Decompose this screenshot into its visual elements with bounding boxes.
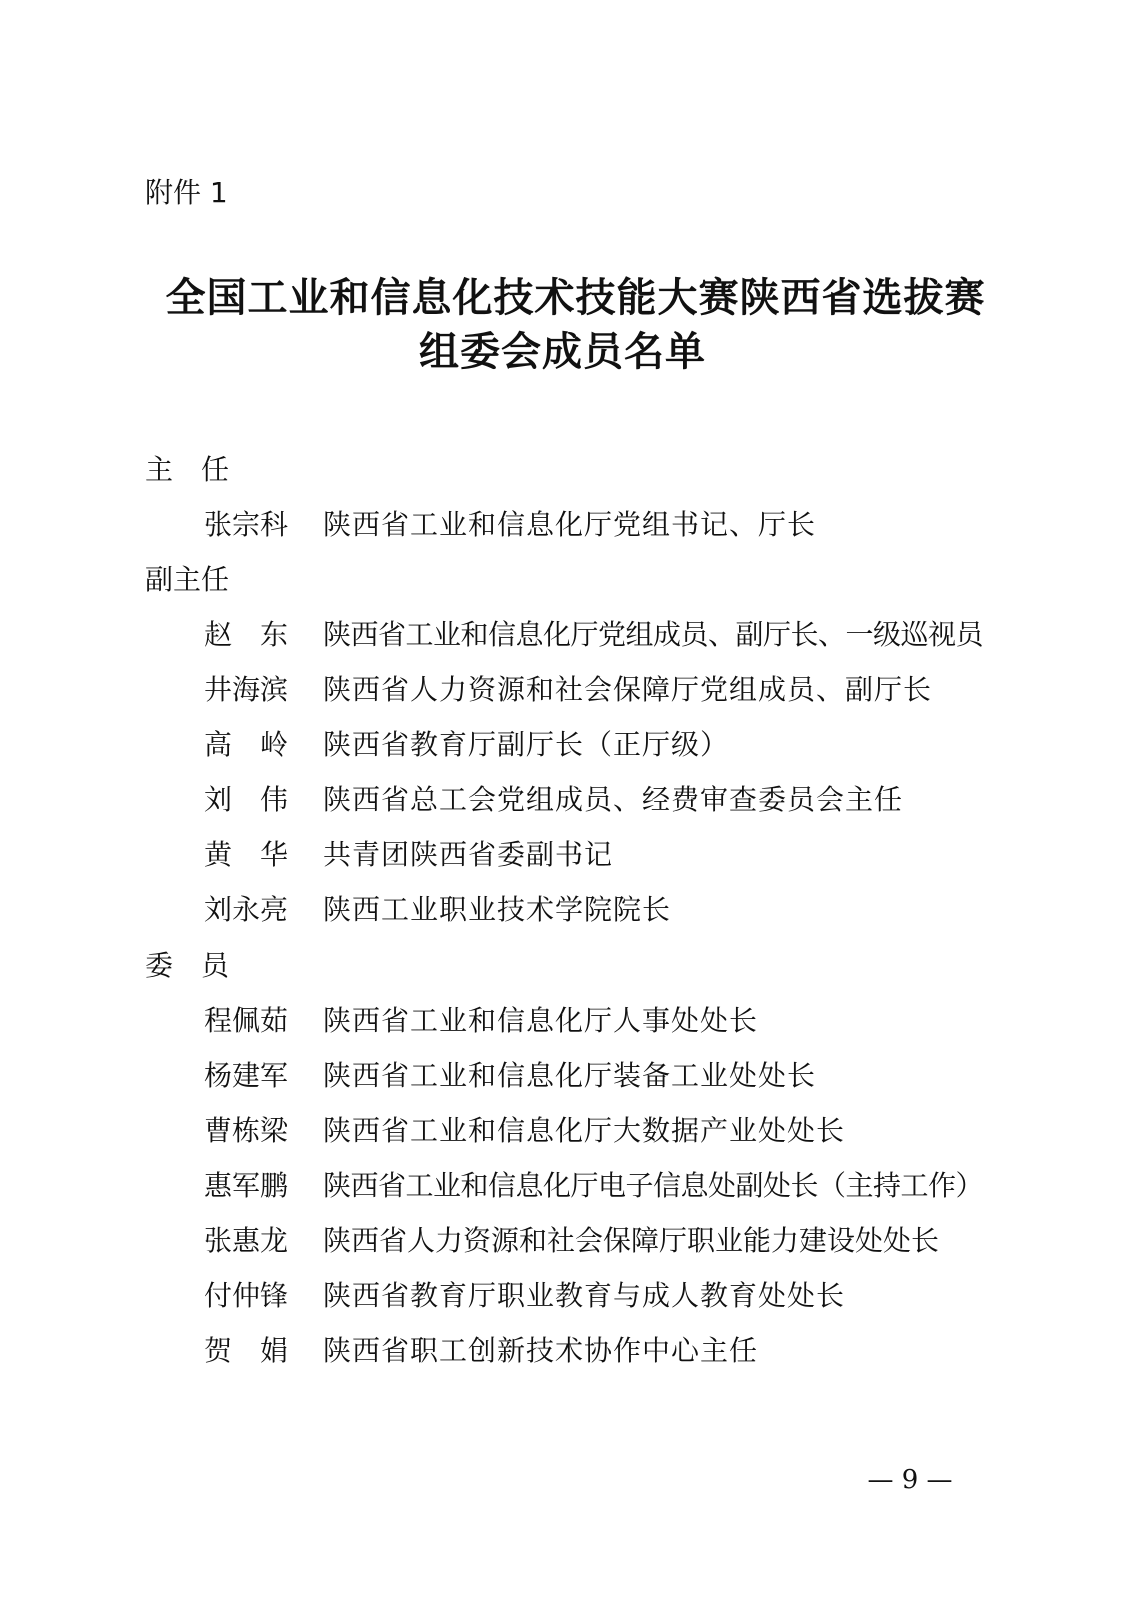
document-title-line1: 全国工业和信息化技术技能大赛陕西省选拔赛 — [10, 272, 1131, 324]
section-heading-members: 委 员 — [145, 948, 229, 984]
member-role: 共青团陕西省委副书记 — [323, 837, 613, 873]
member-role: 陕西省总工会党组成员、经费审查委员会主任 — [323, 782, 903, 818]
member-row: 惠军鹏 陕西省工业和信息化厅电子信息处副处长（主持工作） — [0, 1168, 1131, 1208]
member-row: 赵 东 陕西省工业和信息化厅党组成员、副厅长、一级巡视员 — [0, 617, 1131, 657]
member-name: 付仲锋 — [204, 1278, 294, 1314]
attachment-label: 附件 1 — [145, 175, 228, 211]
member-row: 程佩茹 陕西省工业和信息化厅人事处处长 — [0, 1003, 1131, 1043]
member-role: 陕西省工业和信息化厅电子信息处副处长（主持工作） — [323, 1168, 983, 1204]
member-row: 黄 华 共青团陕西省委副书记 — [0, 837, 1131, 877]
member-role: 陕西省工业和信息化厅党组成员、副厅长、一级巡视员 — [323, 617, 983, 653]
member-name: 赵 东 — [204, 617, 294, 653]
page-number: — 9 — — [850, 1463, 970, 1497]
member-row: 刘 伟 陕西省总工会党组成员、经费审查委员会主任 — [0, 782, 1131, 822]
member-name: 张宗科 — [204, 507, 294, 543]
member-role: 陕西省职工创新技术协作中心主任 — [323, 1333, 758, 1369]
document-title-line2: 组委会成员名单 — [0, 326, 1128, 378]
member-name: 高 岭 — [204, 727, 294, 763]
member-row: 刘永亮 陕西工业职业技术学院院长 — [0, 892, 1131, 932]
member-name: 张惠龙 — [204, 1223, 294, 1259]
member-name: 杨建军 — [204, 1058, 294, 1094]
member-row: 井海滨 陕西省人力资源和社会保障厅党组成员、副厅长 — [0, 672, 1131, 712]
member-role: 陕西省工业和信息化厅装备工业处处长 — [323, 1058, 816, 1094]
member-name: 曹栋梁 — [204, 1113, 294, 1149]
member-role: 陕西省工业和信息化厅人事处处长 — [323, 1003, 758, 1039]
member-row: 高 岭 陕西省教育厅副厅长（正厅级） — [0, 727, 1131, 767]
member-role: 陕西省人力资源和社会保障厅职业能力建设处处长 — [323, 1223, 939, 1259]
section-heading-deputy-director: 副主任 — [145, 562, 229, 598]
member-role: 陕西省工业和信息化厅党组书记、厅长 — [323, 507, 816, 543]
member-name: 黄 华 — [204, 837, 294, 873]
member-role: 陕西省教育厅副厅长（正厅级） — [323, 727, 729, 763]
member-row: 付仲锋 陕西省教育厅职业教育与成人教育处处长 — [0, 1278, 1131, 1318]
member-role: 陕西省人力资源和社会保障厅党组成员、副厅长 — [323, 672, 932, 708]
member-row: 杨建军 陕西省工业和信息化厅装备工业处处长 — [0, 1058, 1131, 1098]
member-role: 陕西工业职业技术学院院长 — [323, 892, 671, 928]
member-name: 程佩茹 — [204, 1003, 294, 1039]
section-heading-director: 主 任 — [145, 452, 229, 488]
member-name: 井海滨 — [204, 672, 294, 708]
member-row: 曹栋梁 陕西省工业和信息化厅大数据产业处处长 — [0, 1113, 1131, 1153]
document-page: 附件 1 全国工业和信息化技术技能大赛陕西省选拔赛 组委会成员名单 主 任 张宗… — [0, 0, 1131, 1600]
member-name: 刘永亮 — [204, 892, 294, 928]
member-row: 张宗科 陕西省工业和信息化厅党组书记、厅长 — [0, 507, 1131, 547]
member-name: 贺 娟 — [204, 1333, 294, 1369]
member-name: 刘 伟 — [204, 782, 294, 818]
member-row: 张惠龙 陕西省人力资源和社会保障厅职业能力建设处处长 — [0, 1223, 1131, 1263]
member-name: 惠军鹏 — [204, 1168, 294, 1204]
member-row: 贺 娟 陕西省职工创新技术协作中心主任 — [0, 1333, 1131, 1373]
member-role: 陕西省工业和信息化厅大数据产业处处长 — [323, 1113, 845, 1149]
member-role: 陕西省教育厅职业教育与成人教育处处长 — [323, 1278, 845, 1314]
